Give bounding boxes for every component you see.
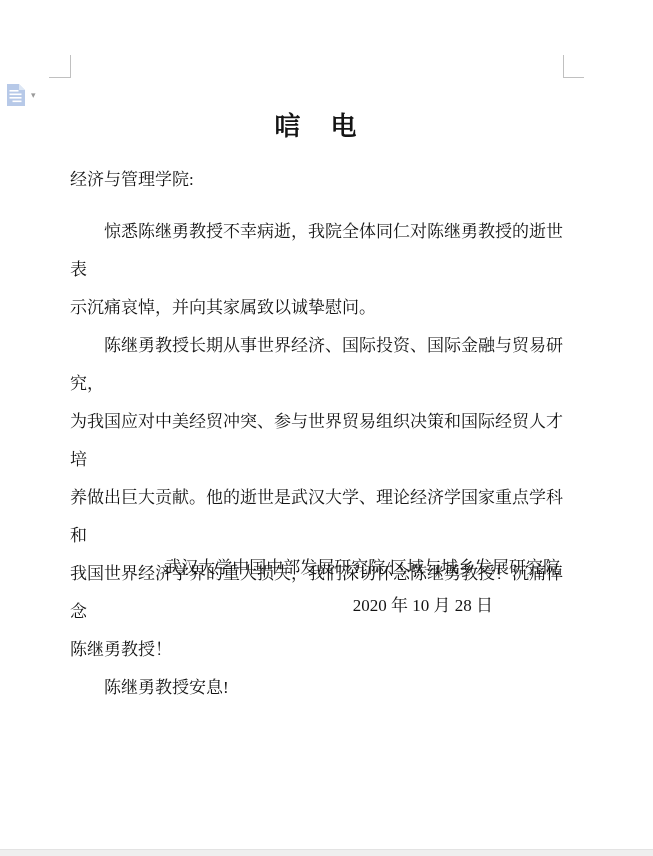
crop-mark-top-right [563,77,584,78]
crop-mark-top-right [563,55,564,77]
document-title: 唁 电 [70,105,563,149]
crop-mark-top-left [70,55,71,77]
document-body: 惊悉陈继勇教授不幸病逝，我院全体同仁对陈继勇教授的逝世表 示沉痛哀悼，并向其家属… [70,213,563,707]
paragraph-1: 惊悉陈继勇教授不幸病逝，我院全体同仁对陈继勇教授的逝世表 示沉痛哀悼，并向其家属… [70,213,563,327]
salutation-line: 经济与管理学院: [70,161,563,199]
signature-line: 武汉大学中国中部发展研究院/区域与城乡发展研究院 [70,549,563,587]
crop-mark-top-left [49,77,71,78]
paste-options-button[interactable]: ▾ [6,82,44,108]
paste-options-icon[interactable] [6,84,26,106]
bottom-app-strip [0,849,653,856]
paragraph-3: 陈继勇教授安息! [70,669,563,707]
word-document-page: ▾ 唁 电 经济与管理学院: 惊悉陈继勇教授不幸病逝，我院全体同仁对陈继勇教授的… [0,0,653,856]
date-line: 2020 年 10 月 28 日 [70,587,563,625]
paste-options-dropdown-icon[interactable]: ▾ [31,90,36,101]
